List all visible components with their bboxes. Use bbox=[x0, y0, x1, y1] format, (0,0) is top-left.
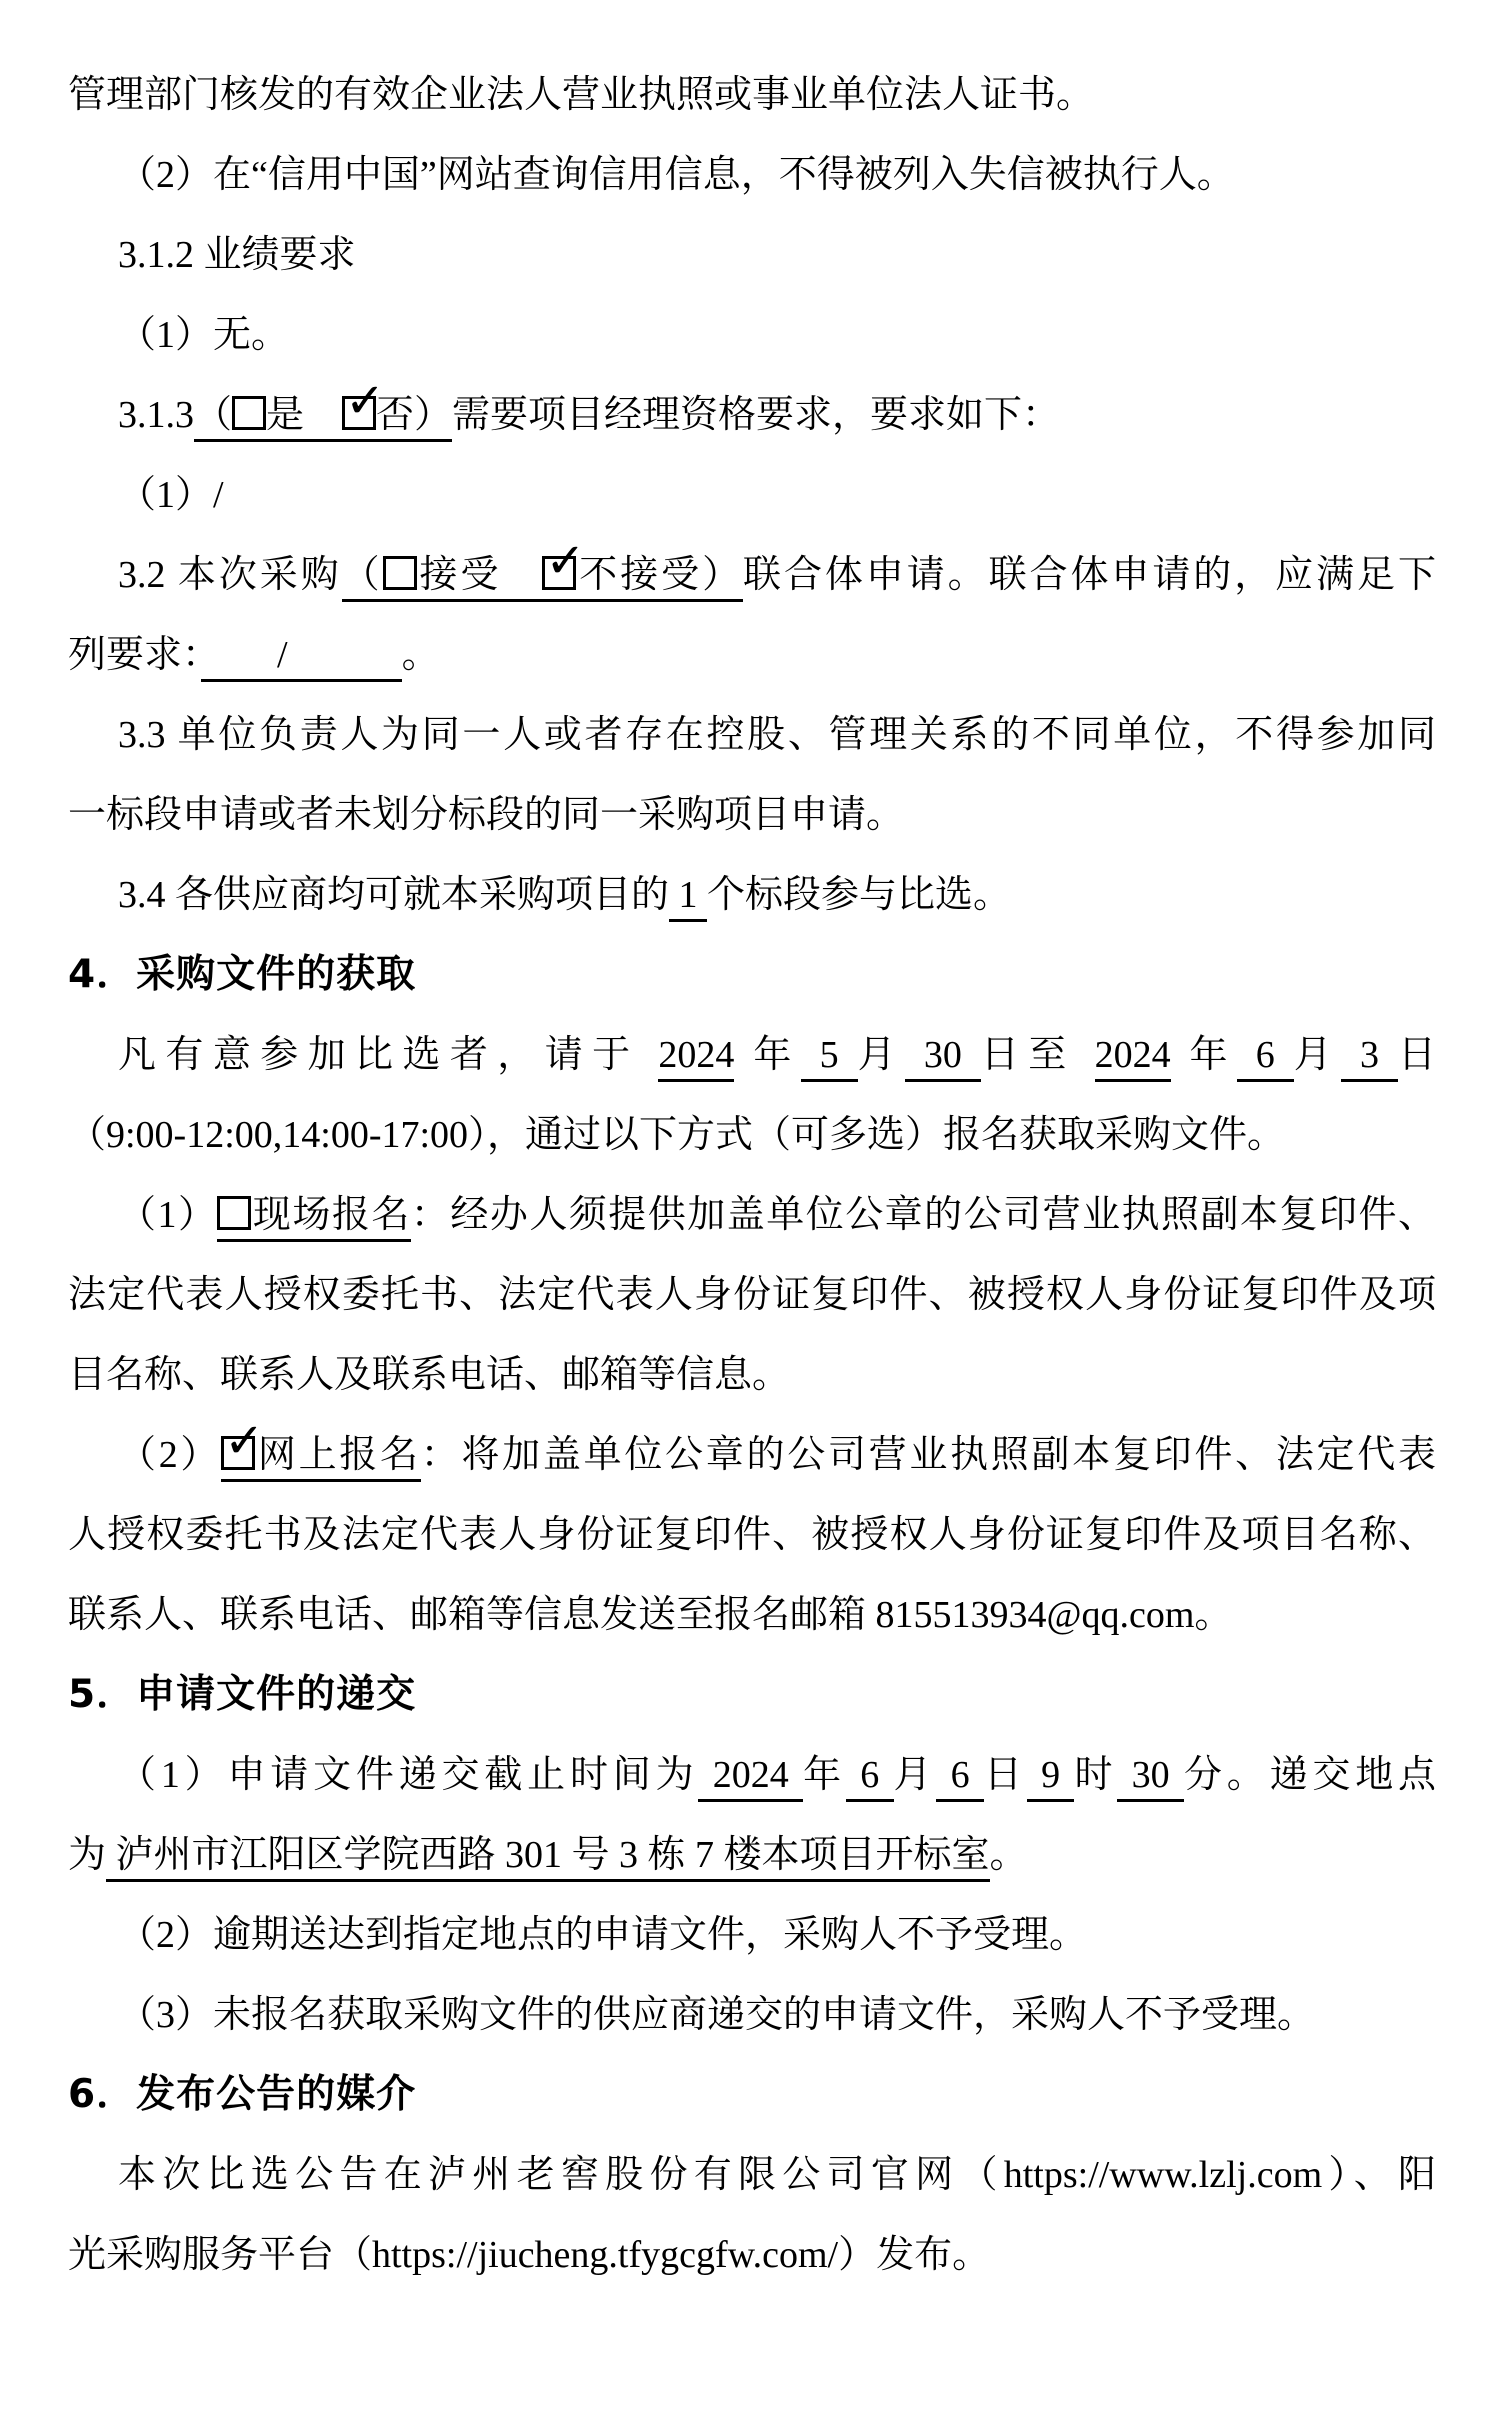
text-run: 时 bbox=[1074, 1754, 1117, 1796]
text-run: 目名称、联系人及联系电话、邮箱等信息。 bbox=[68, 1354, 790, 1396]
text-run: （2） bbox=[118, 1434, 221, 1476]
checkbox-checked-icon bbox=[542, 556, 576, 590]
doc-line: （3）未报名获取采购文件的供应商递交的申请文件，采购人不予受理。 bbox=[68, 1975, 1436, 2055]
text-run: 接受 bbox=[417, 554, 543, 596]
underline-group: 现场报名 bbox=[217, 1194, 410, 1242]
doc-line: 凡有意参加比选者，请于 2024 年 5 月 30 日至 2024 年 6 月 … bbox=[68, 1015, 1436, 1095]
text-run: 3.1.2 业绩要求 bbox=[118, 234, 356, 276]
text-run: 网上报名 bbox=[255, 1434, 421, 1476]
text-run: 9 bbox=[1027, 1754, 1075, 1802]
text-run: 月 bbox=[894, 1754, 937, 1796]
doc-line: 列要求： / 。 bbox=[68, 615, 1436, 695]
text-run: 3.4 各供应商均可就本采购项目的 bbox=[118, 874, 669, 916]
text-run: 否） bbox=[376, 394, 452, 436]
text-run: 法定代表人授权委托书、法定代表人身份证复印件、被授权人身份证复印件及项 bbox=[68, 1274, 1436, 1316]
text-run: ：将加盖单位公章的公司营业执照副本复印件、法定代表 bbox=[421, 1434, 1436, 1476]
text-run: （9:00-12:00,14:00-17:00），通过以下方式（可多选）报名获取… bbox=[68, 1114, 1285, 1156]
text-run: 一标段申请或者未划分标段的同一采购项目申请。 bbox=[68, 794, 904, 836]
section-heading: 4．采购文件的获取 bbox=[68, 935, 1436, 1015]
doc-line: 3.3 单位负责人为同一人或者存在控股、管理关系的不同单位，不得参加同 bbox=[68, 695, 1436, 775]
text-run: / bbox=[201, 634, 402, 682]
checkbox-checked-icon bbox=[342, 396, 376, 430]
doc-line: 法定代表人授权委托书、法定代表人身份证复印件、被授权人身份证复印件及项 bbox=[68, 1255, 1436, 1335]
doc-line: 本次比选公告在泸州老窖股份有限公司官网（https://www.lzlj.com… bbox=[68, 2135, 1436, 2215]
text-run: （ bbox=[342, 554, 383, 596]
text-run: 6 bbox=[846, 1754, 894, 1802]
underline-group: 网上报名 bbox=[221, 1434, 421, 1482]
document-page: 管理部门核发的有效企业法人营业执照或事业单位法人证书。（2）在“信用中国”网站查… bbox=[0, 0, 1500, 2435]
doc-line: 联系人、联系电话、邮箱等信息发送至报名邮箱 815513934@qq.com。 bbox=[68, 1575, 1436, 1655]
text-run: 月 bbox=[1294, 1034, 1341, 1076]
text-run: 2024 bbox=[698, 1754, 803, 1802]
text-run: 日 bbox=[1398, 1034, 1436, 1076]
text-run: （ bbox=[194, 394, 232, 436]
doc-line: 3.1.2 业绩要求 bbox=[68, 215, 1436, 295]
doc-line: 3.2 本次采购（接受 不接受）联合体申请。联合体申请的，应满足下 bbox=[68, 535, 1436, 615]
doc-line: 一标段申请或者未划分标段的同一采购项目申请。 bbox=[68, 775, 1436, 855]
checkbox-unchecked-icon bbox=[383, 556, 417, 590]
text-run: 5．申请文件的递交 bbox=[68, 1672, 416, 1717]
text-run: 联系人、联系电话、邮箱等信息发送至报名邮箱 815513934@qq.com。 bbox=[68, 1594, 1232, 1636]
text-run: 6．发布公告的媒介 bbox=[68, 2072, 416, 2117]
doc-line: （1）申请文件递交截止时间为 2024 年 6 月 6 日 9 时 30 分。递… bbox=[68, 1735, 1436, 1815]
text-run: 管理部门核发的有效企业法人营业执照或事业单位法人证书。 bbox=[68, 74, 1094, 116]
text-run: 。 bbox=[402, 634, 440, 676]
checkbox-unchecked-icon bbox=[232, 396, 266, 430]
section-heading: 5．申请文件的递交 bbox=[68, 1655, 1436, 1735]
doc-line: （1）/ bbox=[68, 455, 1436, 535]
text-run: 个标段参与比选。 bbox=[707, 874, 1011, 916]
text-run: 现场报名 bbox=[251, 1194, 410, 1236]
text-run: 不接受） bbox=[576, 554, 743, 596]
text-run: 年 bbox=[1171, 1034, 1237, 1076]
text-run: 3 bbox=[1341, 1034, 1398, 1082]
text-run: （1）/ bbox=[118, 474, 224, 516]
text-run: 3.2 本次采购 bbox=[118, 554, 342, 596]
doc-line: （9:00-12:00,14:00-17:00），通过以下方式（可多选）报名获取… bbox=[68, 1095, 1436, 1175]
text-run: 光采购服务平台（https://jiucheng.tfygcgfw.com/）发… bbox=[68, 2234, 990, 2276]
text-run: （1）申请文件递交截止时间为 bbox=[118, 1754, 698, 1796]
underline-group: （是 否） bbox=[194, 394, 452, 442]
text-run: 2024 bbox=[658, 1034, 734, 1082]
text-run: 列要求： bbox=[68, 634, 201, 676]
text-run: 分。递交地点 bbox=[1184, 1754, 1436, 1796]
text-run: 年 bbox=[734, 1034, 800, 1076]
text-run: 是 bbox=[266, 394, 342, 436]
doc-line: 光采购服务平台（https://jiucheng.tfygcgfw.com/）发… bbox=[68, 2215, 1436, 2295]
text-run: 凡有意参加比选者，请于 bbox=[118, 1034, 658, 1076]
text-run: （3）未报名获取采购文件的供应商递交的申请文件，采购人不予受理。 bbox=[118, 1994, 1315, 2036]
text-run: （2）在“信用中国”网站查询信用信息，不得被列入失信被执行人。 bbox=[118, 154, 1235, 196]
doc-line: 目名称、联系人及联系电话、邮箱等信息。 bbox=[68, 1335, 1436, 1415]
text-run: 年 bbox=[803, 1754, 846, 1796]
text-run: （2）逾期送达到指定地点的申请文件，采购人不予受理。 bbox=[118, 1914, 1087, 1956]
doc-line: 3.4 各供应商均可就本采购项目的 1 个标段参与比选。 bbox=[68, 855, 1436, 935]
text-run: 联合体申请。联合体申请的，应满足下 bbox=[743, 554, 1436, 596]
text-run: 6 bbox=[1237, 1034, 1294, 1082]
text-run: 6 bbox=[936, 1754, 984, 1802]
checkbox-checked-icon bbox=[221, 1436, 255, 1470]
text-run: 2024 bbox=[1095, 1034, 1171, 1082]
text-run: 4．采购文件的获取 bbox=[68, 952, 416, 997]
text-run: 日 bbox=[984, 1754, 1027, 1796]
text-run: 月 bbox=[858, 1034, 905, 1076]
text-run: 5 bbox=[801, 1034, 858, 1082]
doc-line: （2）网上报名：将加盖单位公章的公司营业执照副本复印件、法定代表 bbox=[68, 1415, 1436, 1495]
text-run: 本次比选公告在泸州老窖股份有限公司官网（https://www.lzlj.com… bbox=[118, 2154, 1436, 2196]
text-run: 30 bbox=[1117, 1754, 1184, 1802]
doc-line: 管理部门核发的有效企业法人营业执照或事业单位法人证书。 bbox=[68, 55, 1436, 135]
underline-group: （接受 不接受） bbox=[342, 554, 743, 602]
doc-line: （2）在“信用中国”网站查询信用信息，不得被列入失信被执行人。 bbox=[68, 135, 1436, 215]
doc-line: （1）现场报名：经办人须提供加盖单位公章的公司营业执照副本复印件、 bbox=[68, 1175, 1436, 1255]
section-heading: 6．发布公告的媒介 bbox=[68, 2055, 1436, 2135]
text-run: ：经办人须提供加盖单位公章的公司营业执照副本复印件、 bbox=[411, 1194, 1436, 1236]
text-run: 。 bbox=[990, 1834, 1028, 1876]
text-run: 日至 bbox=[981, 1034, 1095, 1076]
checkbox-unchecked-icon bbox=[217, 1196, 251, 1230]
text-run: 需要项目经理资格要求，要求如下： bbox=[452, 394, 1060, 436]
doc-line: 为 泸州市江阳区学院西路 301 号 3 栋 7 楼本项目开标室。 bbox=[68, 1815, 1436, 1895]
text-run: 1 bbox=[669, 874, 707, 922]
text-run: 为 bbox=[68, 1834, 106, 1876]
text-run: 30 bbox=[905, 1034, 981, 1082]
text-run: 泸州市江阳区学院西路 301 号 3 栋 7 楼本项目开标室 bbox=[106, 1834, 990, 1882]
text-run: 3.3 单位负责人为同一人或者存在控股、管理关系的不同单位，不得参加同 bbox=[118, 714, 1436, 756]
text-run: （1） bbox=[118, 1194, 217, 1236]
doc-line: 人授权委托书及法定代表人身份证复印件、被授权人身份证复印件及项目名称、 bbox=[68, 1495, 1436, 1575]
text-run: 3.1.3 bbox=[118, 394, 194, 436]
text-run: （1）无。 bbox=[118, 314, 289, 356]
doc-line: （2）逾期送达到指定地点的申请文件，采购人不予受理。 bbox=[68, 1895, 1436, 1975]
text-run: 人授权委托书及法定代表人身份证复印件、被授权人身份证复印件及项目名称、 bbox=[68, 1514, 1436, 1556]
doc-line: 3.1.3（是 否）需要项目经理资格要求，要求如下： bbox=[68, 375, 1436, 455]
doc-line: （1）无。 bbox=[68, 295, 1436, 375]
